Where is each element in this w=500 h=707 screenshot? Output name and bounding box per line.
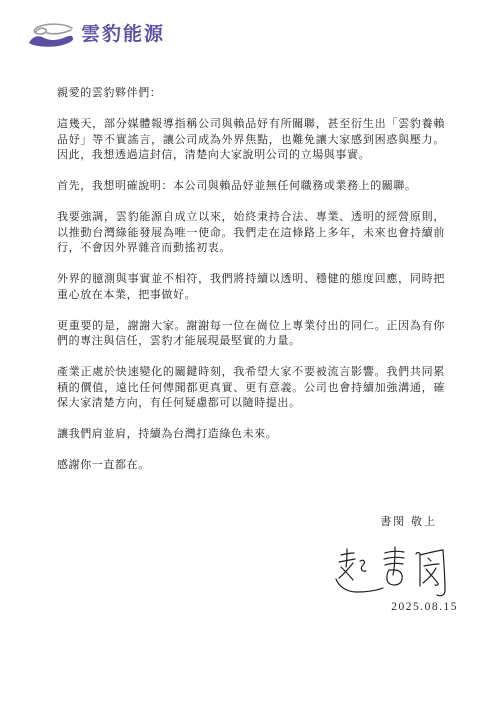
letter-greeting: 親愛的雲豹夥伴們： xyxy=(57,86,445,102)
leopard-wave-logo-icon xyxy=(28,22,74,48)
company-logo: 雲豹能源 xyxy=(28,22,165,48)
letter-page: 雲豹能源 親愛的雲豹夥伴們： 這幾天，部分媒體報導指稱公司與賴品妤有所關聯，甚至… xyxy=(0,0,500,707)
letter-paragraph: 更重要的是，謝謝大家。謝謝每一位在崗位上專業付出的同仁。正因為有你們的專注與信任… xyxy=(57,319,445,350)
letter-paragraph: 產業正處於快速變化的關鍵時刻，我希望大家不要被流言影響。我們共同累積的價值，遠比… xyxy=(57,365,445,412)
letter-paragraph: 外界的臆測與事實並不相符，我們將持續以透明、穩健的態度回應，同時把重心放在本業，… xyxy=(57,272,445,303)
letter-paragraph: 我要強調，雲豹能源自成立以來，始終秉持合法、專業、透明的經營原則，以推動台灣綠能… xyxy=(57,210,445,257)
letter-paragraph: 首先，我想明確說明：本公司與賴品妤並無任何職務或業務上的關聯。 xyxy=(57,179,445,195)
handwritten-signature xyxy=(333,546,465,604)
letter-body: 親愛的雲豹夥伴們： 這幾天，部分媒體報導指稱公司與賴品妤有所關聯，甚至衍生出「雲… xyxy=(57,86,445,489)
letter-date: 2025.08.15 xyxy=(391,601,458,613)
letter-paragraph: 感謝你一直都在。 xyxy=(57,458,445,474)
letter-signoff: 書閔 敬上 xyxy=(380,513,437,529)
company-name: 雲豹能源 xyxy=(81,22,165,48)
letter-paragraph: 讓我們肩並肩，持續為台灣打造綠色未來。 xyxy=(57,427,445,443)
letter-paragraph: 這幾天，部分媒體報導指稱公司與賴品妤有所關聯，甚至衍生出「雲豹養賴品妤」等不實謠… xyxy=(57,117,445,164)
